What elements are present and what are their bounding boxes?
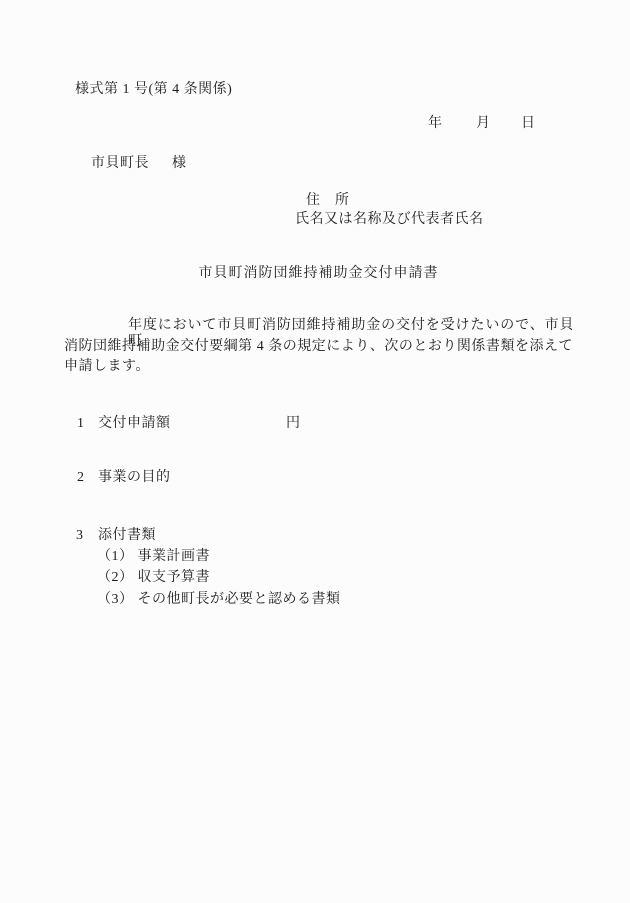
document-page: 様式第 1 号(第 4 条関係) 年 月 日 市貝町長 様 住 所 氏名又は名称…: [0, 0, 630, 903]
item-1-label: 交付申請額: [98, 416, 171, 432]
body-paragraph-line-2: 消防団維持補助金交付要綱第 4 条の規定により、次のとおり関係書類を添えて: [64, 339, 573, 355]
body-paragraph-line-3: 申請します。: [64, 359, 150, 375]
form-number: 様式第 1 号(第 4 条関係): [75, 82, 232, 98]
applicant-name-label: 氏名又は名称及び代表者氏名: [295, 212, 484, 228]
item-2-label: 事業の目的: [98, 470, 171, 486]
item-2-number: 2: [77, 470, 85, 486]
attachment-item-3: （3） その他町長が必要と認める書類: [97, 592, 341, 608]
recipient-title: 市貝町長: [91, 156, 149, 172]
date-month-label: 月: [476, 116, 491, 132]
document-title: 市貝町消防団維持補助金交付申請書: [64, 266, 573, 282]
item-3-number: 3: [76, 528, 84, 544]
date-day-label: 日: [521, 116, 536, 132]
yen-suffix: 円: [286, 416, 301, 432]
attachment-item-1: （1） 事業計画書: [97, 549, 210, 565]
item-1-number: 1: [77, 416, 85, 432]
item-3-label: 添付書類: [98, 528, 156, 544]
date-year-label: 年: [428, 116, 443, 132]
attachment-item-2: （2） 収支予算書: [97, 570, 210, 586]
recipient-honorific: 様: [172, 156, 187, 172]
applicant-address-label: 住 所: [306, 193, 350, 209]
